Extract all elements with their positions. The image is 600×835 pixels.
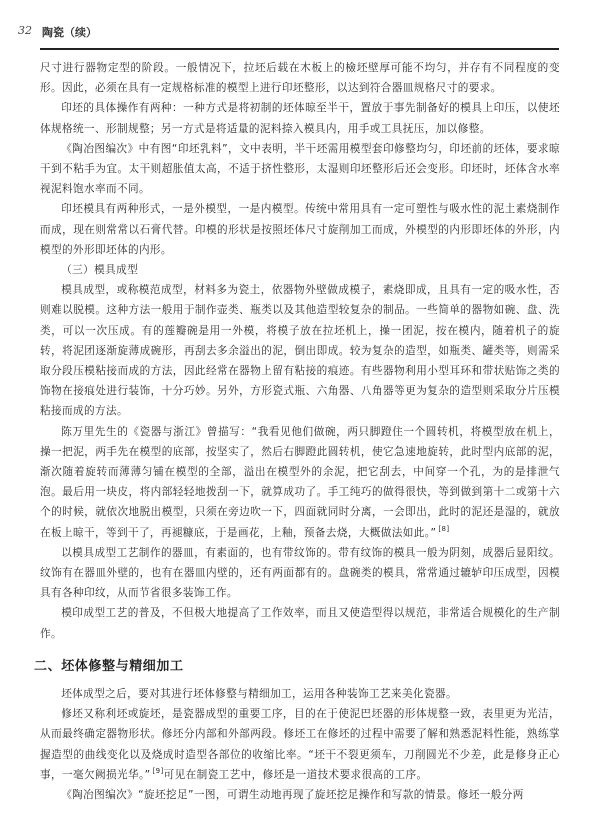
paragraph: 模印成型工艺的普及，不但极大地提高了工作效率，而且又使造型得以规范，非常适合规模…	[40, 603, 560, 643]
paragraph: 《陶冶图编次》“旋坯挖足”一图，可谓生动地再现了旋坯挖足操作和写款的情景。修坯一…	[40, 785, 560, 805]
running-header-title: 陶瓷（续）	[42, 24, 97, 40]
subheading: （三）模具成型	[40, 260, 560, 280]
running-header: 32 陶瓷（续）	[14, 24, 494, 44]
document-page: 32 陶瓷（续） 尺寸进行器物定型的阶段。一般情况下，拉坯后载在木板上的檢坯壁厚…	[0, 0, 600, 835]
citation-ref[interactable]: [9]	[153, 767, 164, 775]
citation-ref[interactable]: [8]	[438, 525, 449, 533]
body-text: 尺寸进行器物定型的阶段。一般情况下，拉坯后载在木板上的檢坯壁厚可能不均匀，并存有…	[40, 58, 560, 805]
page-number: 32	[18, 24, 32, 37]
paragraph: 印坯的具体操作有两种：一种方式是将初制的坯体晾至半干，置放于事先制备好的模具上印…	[40, 98, 560, 138]
paragraph: 以模具成型工艺制作的器皿，有素面的，也有带纹饰的。带有纹饰的模具一般为阴刻，成器…	[40, 543, 560, 604]
paragraph-quote: 陈万里先生的《瓷器与浙江》曾描写：“我看见他们做碗，两只脚蹬住一个圆转机，将模型…	[40, 422, 560, 543]
paragraph: 《陶冶图编次》中有图“印坯乳料”，文中表明，半干坯需用模型套印修整均匀，印坯前的…	[40, 139, 560, 200]
paragraph-tail: 可见在制瓷工艺中，修坯是一道技术要求很高的工序。	[164, 769, 428, 781]
header-rule	[40, 48, 559, 50]
paragraph-with-citation: 修坯又称利坯或旋坯，是瓷器成型的重要工序，目的在于使泥巴坯器的形体规整一致，表里…	[40, 704, 560, 785]
paragraph: 印坯模具有两种形式，一是外模型，一是内模型。传统中常用具有一定可塑性与吸水性的泥…	[40, 199, 560, 260]
paragraph: 模具成型，或称模范成型，材料多为瓷土，依器物外壁做成模子，素烧即成，且具有一定的…	[40, 280, 560, 421]
paragraph: 坯体成型之后，要对其进行坯体修整与精细加工，运用各种装饰工艺来美化瓷器。	[40, 684, 560, 704]
section-title: 二、坯体修整与精细加工	[34, 656, 560, 678]
paragraph: 尺寸进行器物定型的阶段。一般情况下，拉坯后载在木板上的檢坯壁厚可能不均匀，并存有…	[40, 58, 560, 98]
quote-text: 陈万里先生的《瓷器与浙江》曾描写：“我看见他们做碗，两只脚蹬住一个圆转机，将模型…	[40, 426, 560, 539]
